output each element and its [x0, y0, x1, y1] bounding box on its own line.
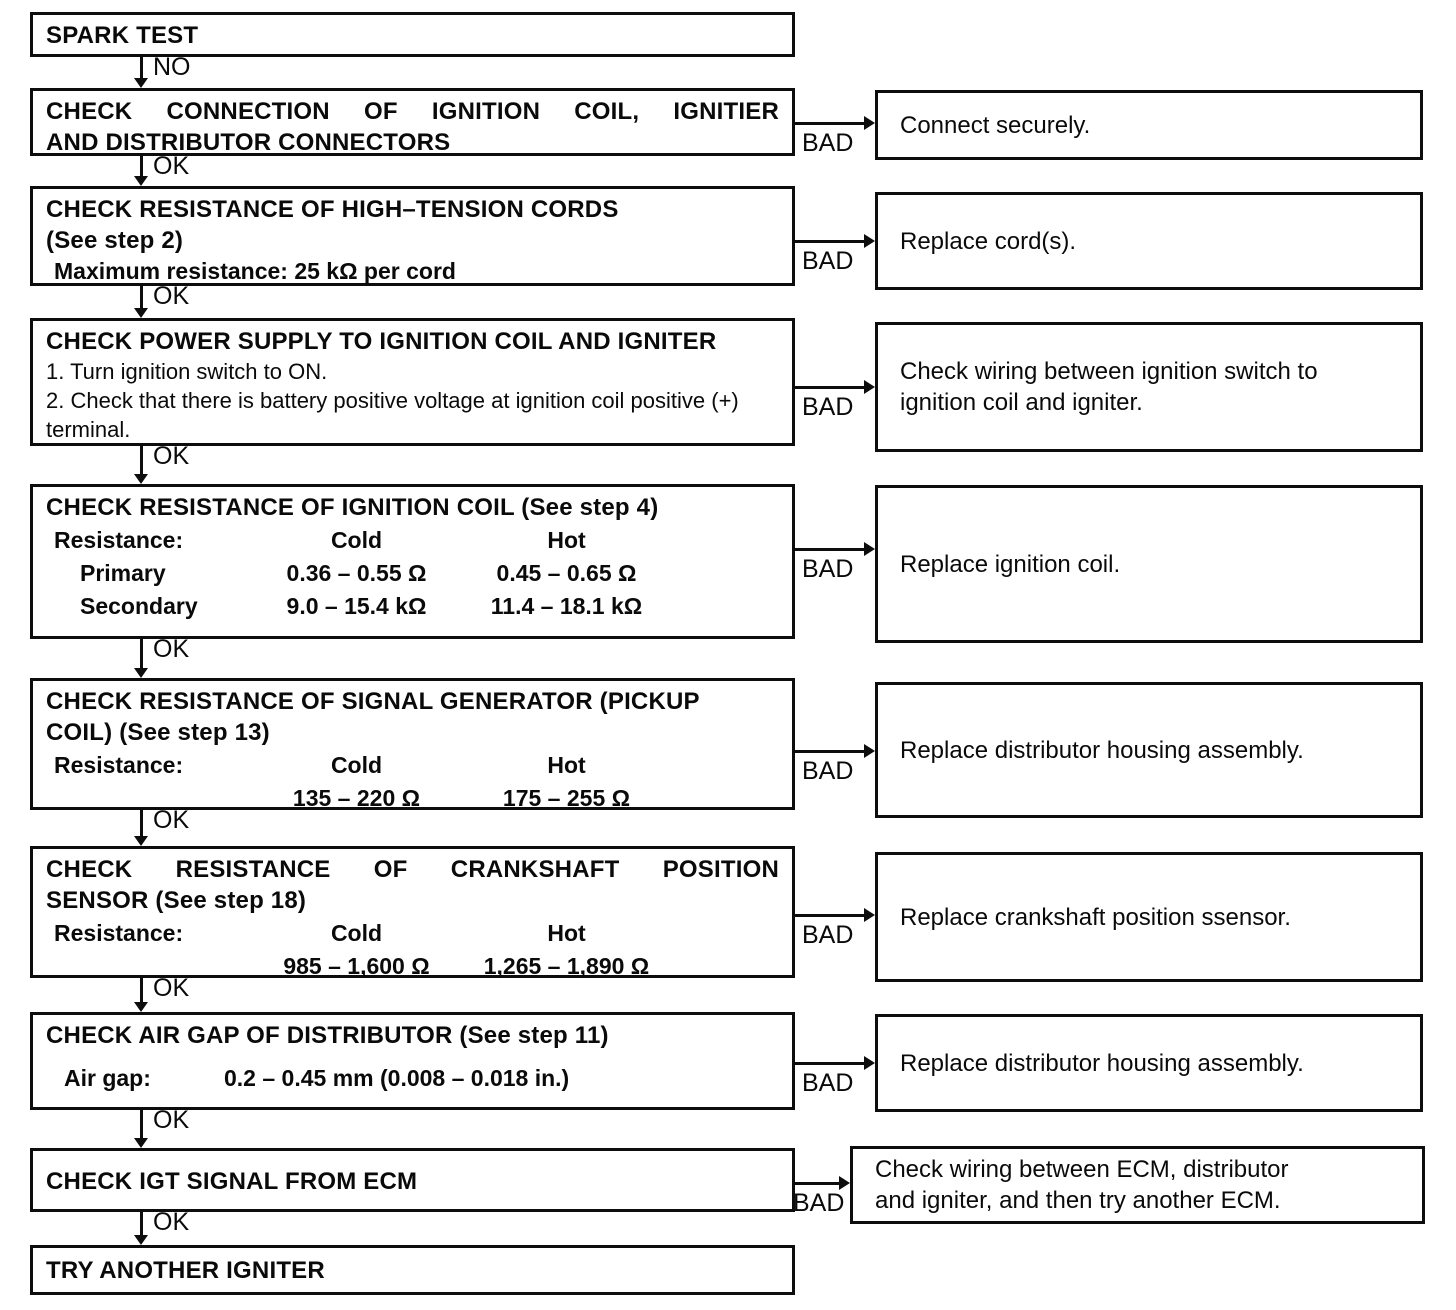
- arrow-label-no: NO: [153, 54, 191, 80]
- arrow-down-icon: [134, 1138, 148, 1148]
- flow-arrow-bad: BAD: [795, 750, 875, 753]
- action-box-replace-distributor-housing-2: Replace distributor housing assembly.: [875, 1014, 1423, 1112]
- action-text-line2: and igniter, and then try another ECM.: [875, 1185, 1409, 1216]
- arrow-right-icon: [864, 908, 875, 922]
- table-label: Resistance:: [54, 919, 259, 947]
- table-cell-hot: 11.4 – 18.1 kΩ: [454, 592, 679, 620]
- box-title: SPARK TEST: [46, 20, 779, 51]
- flow-arrow-ok: OK: [140, 1212, 143, 1245]
- arrow-down-icon: [134, 1235, 148, 1245]
- arrow-line: [140, 57, 143, 79]
- action-box-check-wiring-ignition-switch: Check wiring between ignition switch to …: [875, 322, 1423, 452]
- arrow-label-ok: OK: [153, 807, 189, 833]
- resistance-table: Resistance: Cold Hot Primary 0.36 – 0.55…: [46, 526, 779, 620]
- flow-box-spark-test: SPARK TEST: [30, 12, 795, 57]
- table-cell-cold: 9.0 – 15.4 kΩ: [259, 592, 454, 620]
- arrow-right-icon: [864, 380, 875, 394]
- flow-box-check-connection-of-connectors: CHECK CONNECTION OF IGNITION COIL, IGNIT…: [30, 88, 795, 156]
- table-col-hot: Hot: [454, 526, 679, 554]
- flow-box-check-ignition-coil-resistance: CHECK RESISTANCE OF IGNITION COIL (See s…: [30, 484, 795, 639]
- arrow-line: [140, 446, 143, 475]
- arrow-label-bad: BAD: [802, 921, 853, 950]
- procedure-step-2: 2. Check that there is battery positive …: [46, 386, 779, 444]
- action-text: Replace cord(s).: [900, 226, 1407, 257]
- action-box-connect-securely: Connect securely.: [875, 90, 1423, 160]
- action-box-replace-cords: Replace cord(s).: [875, 192, 1423, 290]
- table-cell-hot: 1,265 – 1,890 Ω: [454, 952, 679, 980]
- action-text: Connect securely.: [900, 110, 1407, 141]
- flow-arrow-ok: OK: [140, 810, 143, 846]
- table-col-cold: Cold: [259, 919, 454, 947]
- arrow-down-icon: [134, 668, 148, 678]
- arrow-line: [140, 1110, 143, 1139]
- flow-box-check-igt-signal: CHECK IGT SIGNAL FROM ECM: [30, 1148, 795, 1212]
- flow-box-try-another-igniter: TRY ANOTHER IGNITER: [30, 1245, 795, 1295]
- arrow-label-bad: BAD: [802, 393, 853, 422]
- arrow-right-icon: [864, 1056, 875, 1070]
- box-title-line2: SENSOR (See step 18): [46, 885, 779, 916]
- spec-value: 0.2 – 0.45 mm (0.008 – 0.018 in.): [224, 1065, 779, 1092]
- arrow-label-ok: OK: [153, 443, 189, 469]
- box-title: CHECK POWER SUPPLY TO IGNITION COIL AND …: [46, 326, 779, 357]
- box-title-line2: COIL) (See step 13): [46, 717, 779, 748]
- flow-arrow-ok: OK: [140, 156, 143, 186]
- arrow-line: [795, 548, 866, 551]
- flow-box-check-air-gap: CHECK AIR GAP OF DISTRIBUTOR (See step 1…: [30, 1012, 795, 1110]
- table-col-hot: Hot: [454, 919, 679, 947]
- flow-box-check-high-tension-cords: CHECK RESISTANCE OF HIGH–TENSION CORDS (…: [30, 186, 795, 286]
- box-title-line1: CHECK RESISTANCE OF HIGH–TENSION CORDS: [46, 194, 779, 225]
- table-col-hot: Hot: [454, 751, 679, 779]
- arrow-label-ok: OK: [153, 153, 189, 179]
- flow-arrow-bad: BAD: [795, 1062, 875, 1065]
- action-text-line1: Check wiring between ECM, distributor: [875, 1154, 1409, 1185]
- table-label: Resistance:: [54, 526, 259, 554]
- action-text: Replace distributor housing assembly.: [900, 735, 1407, 766]
- arrow-line: [140, 156, 143, 177]
- action-box-check-wiring-ecm: Check wiring between ECM, distributor an…: [850, 1146, 1425, 1224]
- table-label: Resistance:: [54, 751, 259, 779]
- arrow-right-icon: [839, 1176, 850, 1190]
- arrow-label-bad: BAD: [802, 757, 853, 786]
- arrow-label-ok: OK: [153, 636, 189, 662]
- action-text-line2: ignition coil and igniter.: [900, 387, 1407, 418]
- arrow-down-icon: [134, 176, 148, 186]
- flow-box-check-power-supply: CHECK POWER SUPPLY TO IGNITION COIL AND …: [30, 318, 795, 446]
- arrow-right-icon: [864, 234, 875, 248]
- box-title: CHECK IGT SIGNAL FROM ECM: [46, 1166, 779, 1197]
- box-title-line1: CHECK RESISTANCE OF SIGNAL GENERATOR (PI…: [46, 686, 779, 717]
- action-text-line1: Check wiring between ignition switch to: [900, 356, 1407, 387]
- arrow-line: [140, 1212, 143, 1236]
- flow-arrow-ok: OK: [140, 1110, 143, 1148]
- arrow-line: [795, 914, 866, 917]
- arrow-line: [140, 286, 143, 309]
- arrow-label-ok: OK: [153, 1209, 189, 1235]
- arrow-label-bad: BAD: [802, 555, 853, 584]
- arrow-line: [795, 122, 866, 125]
- box-title-line1: CHECK CONNECTION OF IGNITION COIL, IGNIT…: [46, 96, 779, 127]
- arrow-line: [795, 386, 866, 389]
- table-cell-cold: 135 – 220 Ω: [259, 784, 454, 812]
- action-box-replace-crankshaft-sensor: Replace crankshaft position ssensor.: [875, 852, 1423, 982]
- flow-arrow-bad: BAD: [795, 240, 875, 243]
- arrow-down-icon: [134, 308, 148, 318]
- action-box-replace-distributor-housing: Replace distributor housing assembly.: [875, 682, 1423, 818]
- arrow-line: [795, 1182, 841, 1185]
- arrow-label-bad: BAD: [802, 1069, 853, 1098]
- action-box-replace-ignition-coil: Replace ignition coil.: [875, 485, 1423, 643]
- flow-arrow-bad: BAD: [795, 1182, 850, 1185]
- arrow-line: [140, 639, 143, 669]
- arrow-line: [795, 750, 866, 753]
- arrow-down-icon: [134, 836, 148, 846]
- arrow-label-ok: OK: [153, 1107, 189, 1133]
- arrow-down-icon: [134, 78, 148, 88]
- flow-arrow-bad: BAD: [795, 122, 875, 125]
- table-cell-hot: 175 – 255 Ω: [454, 784, 679, 812]
- box-title: CHECK AIR GAP OF DISTRIBUTOR (See step 1…: [46, 1020, 779, 1051]
- arrow-line: [795, 240, 866, 243]
- procedure-step-1: 1. Turn ignition switch to ON.: [46, 357, 779, 386]
- action-text: Replace ignition coil.: [900, 549, 1407, 580]
- box-title-line2: (See step 2): [46, 225, 779, 256]
- box-title-line1: CHECK RESISTANCE OF CRANKSHAFT POSITION: [46, 854, 779, 885]
- arrow-right-icon: [864, 542, 875, 556]
- arrow-line: [140, 810, 143, 837]
- flow-arrow-ok: OK: [140, 286, 143, 318]
- air-gap-spec: Air gap: 0.2 – 0.45 mm (0.008 – 0.018 in…: [46, 1065, 779, 1092]
- arrow-line: [795, 1062, 866, 1065]
- table-cell-cold: 985 – 1,600 Ω: [259, 952, 454, 980]
- arrow-label-ok: OK: [153, 283, 189, 309]
- box-title: TRY ANOTHER IGNITER: [46, 1255, 779, 1286]
- arrow-down-icon: [134, 474, 148, 484]
- arrow-label-bad: BAD: [802, 247, 853, 276]
- flow-arrow-bad: BAD: [795, 386, 875, 389]
- table-row-name: Primary: [54, 559, 259, 587]
- table-col-cold: Cold: [259, 526, 454, 554]
- arrow-right-icon: [864, 116, 875, 130]
- resistance-table: Resistance: Cold Hot 135 – 220 Ω 175 – 2…: [46, 751, 779, 812]
- box-title: CHECK RESISTANCE OF IGNITION COIL (See s…: [46, 492, 779, 523]
- table-cell-hot: 0.45 – 0.65 Ω: [454, 559, 679, 587]
- arrow-line: [140, 978, 143, 1003]
- arrow-label-ok: OK: [153, 975, 189, 1001]
- arrow-down-icon: [134, 1002, 148, 1012]
- flow-arrow-ok: OK: [140, 639, 143, 678]
- resistance-table: Resistance: Cold Hot 985 – 1,600 Ω 1,265…: [46, 919, 779, 980]
- flow-box-check-crankshaft-sensor: CHECK RESISTANCE OF CRANKSHAFT POSITION …: [30, 846, 795, 978]
- table-cell-cold: 0.36 – 0.55 Ω: [259, 559, 454, 587]
- flow-arrow-ok: OK: [140, 978, 143, 1012]
- action-text: Replace crankshaft position ssensor.: [900, 902, 1407, 933]
- arrow-right-icon: [864, 744, 875, 758]
- flow-arrow-bad: BAD: [795, 914, 875, 917]
- flow-arrow-ok: OK: [140, 446, 143, 484]
- flow-arrow-no: NO: [140, 57, 143, 88]
- arrow-label-bad: BAD: [802, 129, 853, 158]
- flow-arrow-bad: BAD: [795, 548, 875, 551]
- flow-box-check-signal-generator: CHECK RESISTANCE OF SIGNAL GENERATOR (PI…: [30, 678, 795, 810]
- flowchart-canvas: SPARK TEST CHECK CONNECTION OF IGNITION …: [0, 0, 1456, 1310]
- action-text: Replace distributor housing assembly.: [900, 1048, 1407, 1079]
- arrow-label-bad: BAD: [793, 1189, 844, 1218]
- spec-label: Air gap:: [64, 1065, 224, 1092]
- table-row-name: Secondary: [54, 592, 259, 620]
- table-col-cold: Cold: [259, 751, 454, 779]
